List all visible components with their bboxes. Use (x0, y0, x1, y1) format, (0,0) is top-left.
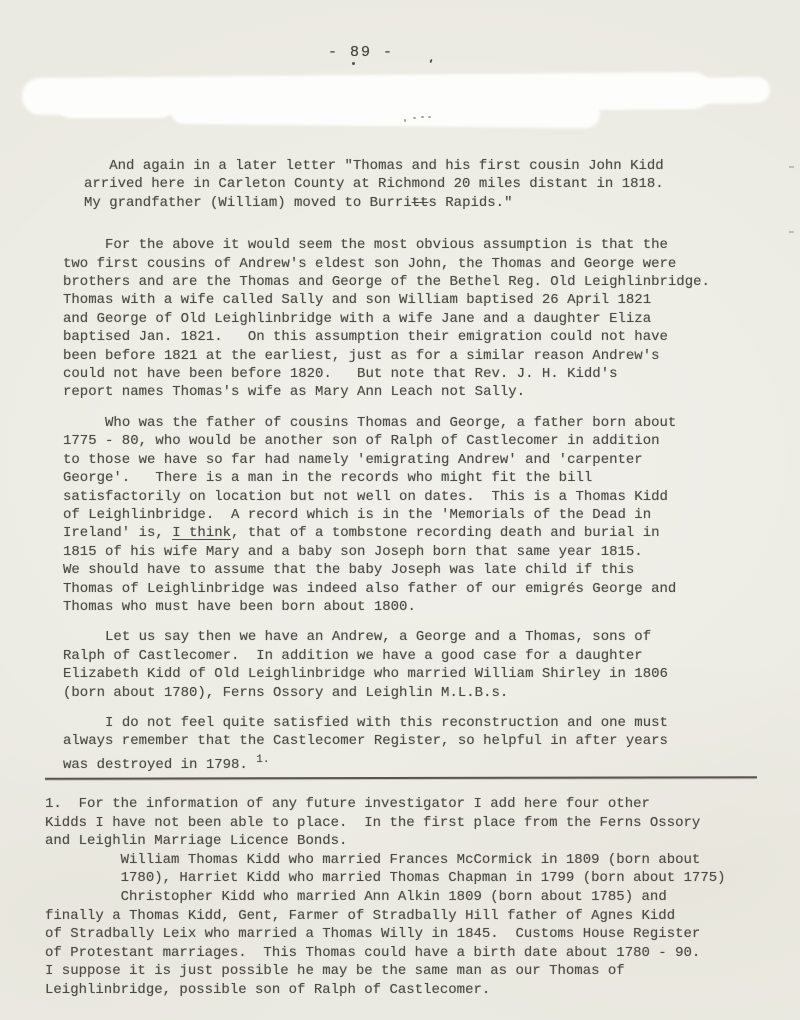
whiteout-blob (620, 77, 770, 106)
letter-quote-text-end: s Rapids." (428, 195, 512, 211)
stray-ink-speck (429, 59, 432, 63)
paragraph-text: Let us say then we have an Andrew, a Geo… (63, 629, 668, 700)
footnote-block: 1. For the information of any future inv… (45, 795, 785, 1000)
paragraph-letter-quote: And again in a later letter "Thomas and … (84, 157, 763, 212)
whiteout-blob (170, 96, 600, 129)
paragraph-caveat: I do not feel quite satisfied with this … (63, 714, 763, 774)
overstruck-text: tt (412, 195, 429, 211)
paragraph-summary-of-sons: Let us say then we have an Andrew, a Geo… (63, 628, 763, 702)
footnote-text: 1. For the information of any future inv… (45, 796, 726, 998)
correction-fluid-redaction (0, 0, 800, 140)
letter-quote-text: And again in a later letter "Thomas and … (84, 158, 664, 211)
paragraph-father-of-cousins: Who was the father of cousins Thomas and… (63, 414, 763, 616)
paragraph-text: For the above it would seem the most obv… (63, 237, 710, 400)
paragraph-text: I do not feel quite satisfied with this … (63, 715, 668, 773)
stray-ink-speck (413, 117, 416, 119)
footnote-reference-marker: 1. (256, 754, 269, 766)
stray-ink-speck (428, 116, 431, 118)
paragraph-text: Who was the father of cousins Thomas and… (63, 415, 676, 541)
scanned-document-page: - 89 - And again in a later letter "Thom… (0, 0, 800, 1020)
page-margin-mark (789, 166, 794, 168)
stray-ink-speck (352, 62, 355, 65)
stray-ink-speck (421, 116, 424, 118)
stray-ink-speck (404, 119, 406, 122)
paragraph-emigration-assumption: For the above it would seem the most obv… (63, 236, 763, 402)
whiteout-blob (55, 88, 175, 118)
underlined-text: I think (172, 525, 231, 541)
page-margin-mark (789, 231, 794, 233)
body-text: And again in a later letter "Thomas and … (63, 157, 763, 786)
